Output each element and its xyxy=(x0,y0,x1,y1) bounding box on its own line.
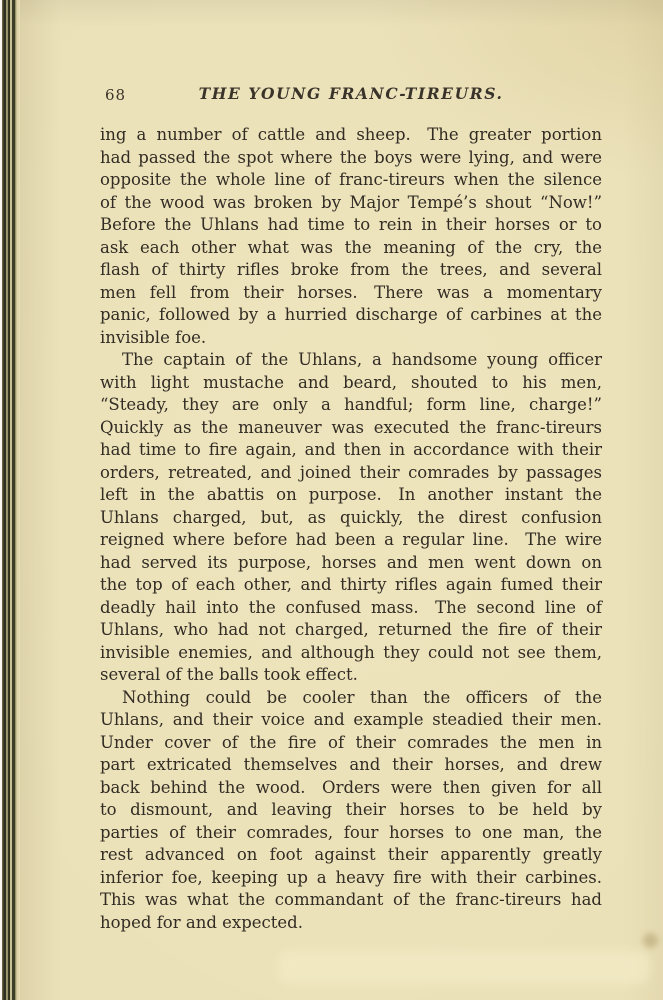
text-line: invisible enemies, and although they cou… xyxy=(100,642,602,665)
text-line: Nothing could be cooler than the officer… xyxy=(100,687,602,710)
text-line: Uhlans, and their voice and example stea… xyxy=(100,709,602,732)
text-line: The captain of the Uhlans, a handsome yo… xyxy=(100,349,602,372)
text-line: several of the balls took effect. xyxy=(100,664,602,687)
text-block: ing a number of cattle and sheep. The gr… xyxy=(100,124,602,934)
paragraph: Nothing could be cooler than the officer… xyxy=(100,687,602,935)
text-line: had time to fire again, and then in acco… xyxy=(100,439,602,462)
text-line: invisible foe. xyxy=(100,327,602,350)
text-line: Under cover of the fire of their comrade… xyxy=(100,732,602,755)
text-line: Uhlans, who had not charged, returned th… xyxy=(100,619,602,642)
paper-smudge xyxy=(643,933,658,948)
text-line: had served its purpose, horses and men w… xyxy=(100,552,602,575)
text-line: reigned where before had been a regular … xyxy=(100,529,602,552)
text-line: Before the Uhlans had time to rein in th… xyxy=(100,214,602,237)
text-line: had passed the spot where the boys were … xyxy=(100,147,602,170)
text-line: left in the abattis on purpose. In anoth… xyxy=(100,484,602,507)
text-line: orders, retreated, and joined their comr… xyxy=(100,462,602,485)
text-line: hoped for and expected. xyxy=(100,912,602,935)
text-line: of the wood was broken by Major Tempé’s … xyxy=(100,192,602,215)
running-title: THE YOUNG FRANC-TIREURS. xyxy=(100,84,602,103)
text-line: ask each other what was the meaning of t… xyxy=(100,237,602,260)
text-line: This was what the commandant of the fran… xyxy=(100,889,602,912)
text-line: rest advanced on foot against their appa… xyxy=(100,844,602,867)
paragraph: ing a number of cattle and sheep. The gr… xyxy=(100,124,602,349)
book-page-scan: 68 THE YOUNG FRANC-TIREURS. ing a number… xyxy=(0,0,663,1000)
book-binding-edge xyxy=(0,0,20,1000)
text-line: “Steady, they are only a handful; form l… xyxy=(100,394,602,417)
text-line: inferior foe, keeping up a heavy fire wi… xyxy=(100,867,602,890)
page-header: 68 THE YOUNG FRANC-TIREURS. xyxy=(100,84,602,108)
paragraph: The captain of the Uhlans, a handsome yo… xyxy=(100,349,602,687)
text-line: parties of their comrades, four horses t… xyxy=(100,822,602,845)
text-line: to dismount, and leaving their horses to… xyxy=(100,799,602,822)
text-line: flash of thirty rifles broke from the tr… xyxy=(100,259,602,282)
page-number: 68 xyxy=(105,86,126,104)
text-line: Uhlans charged, but, as quickly, the dir… xyxy=(100,507,602,530)
text-line: deadly hail into the confused mass. The … xyxy=(100,597,602,620)
paper-stain-band xyxy=(278,951,650,984)
text-line: opposite the whole line of franc-tireurs… xyxy=(100,169,602,192)
text-line: the top of each other, and thirty rifles… xyxy=(100,574,602,597)
text-line: men fell from their horses. There was a … xyxy=(100,282,602,305)
text-line: back behind the wood. Orders were then g… xyxy=(100,777,602,800)
text-line: panic, followed by a hurried discharge o… xyxy=(100,304,602,327)
text-line: part extricated themselves and their hor… xyxy=(100,754,602,777)
text-line: with light mustache and beard, shouted t… xyxy=(100,372,602,395)
text-line: ing a number of cattle and sheep. The gr… xyxy=(100,124,602,147)
text-line: Quickly as the maneuver was executed the… xyxy=(100,417,602,440)
